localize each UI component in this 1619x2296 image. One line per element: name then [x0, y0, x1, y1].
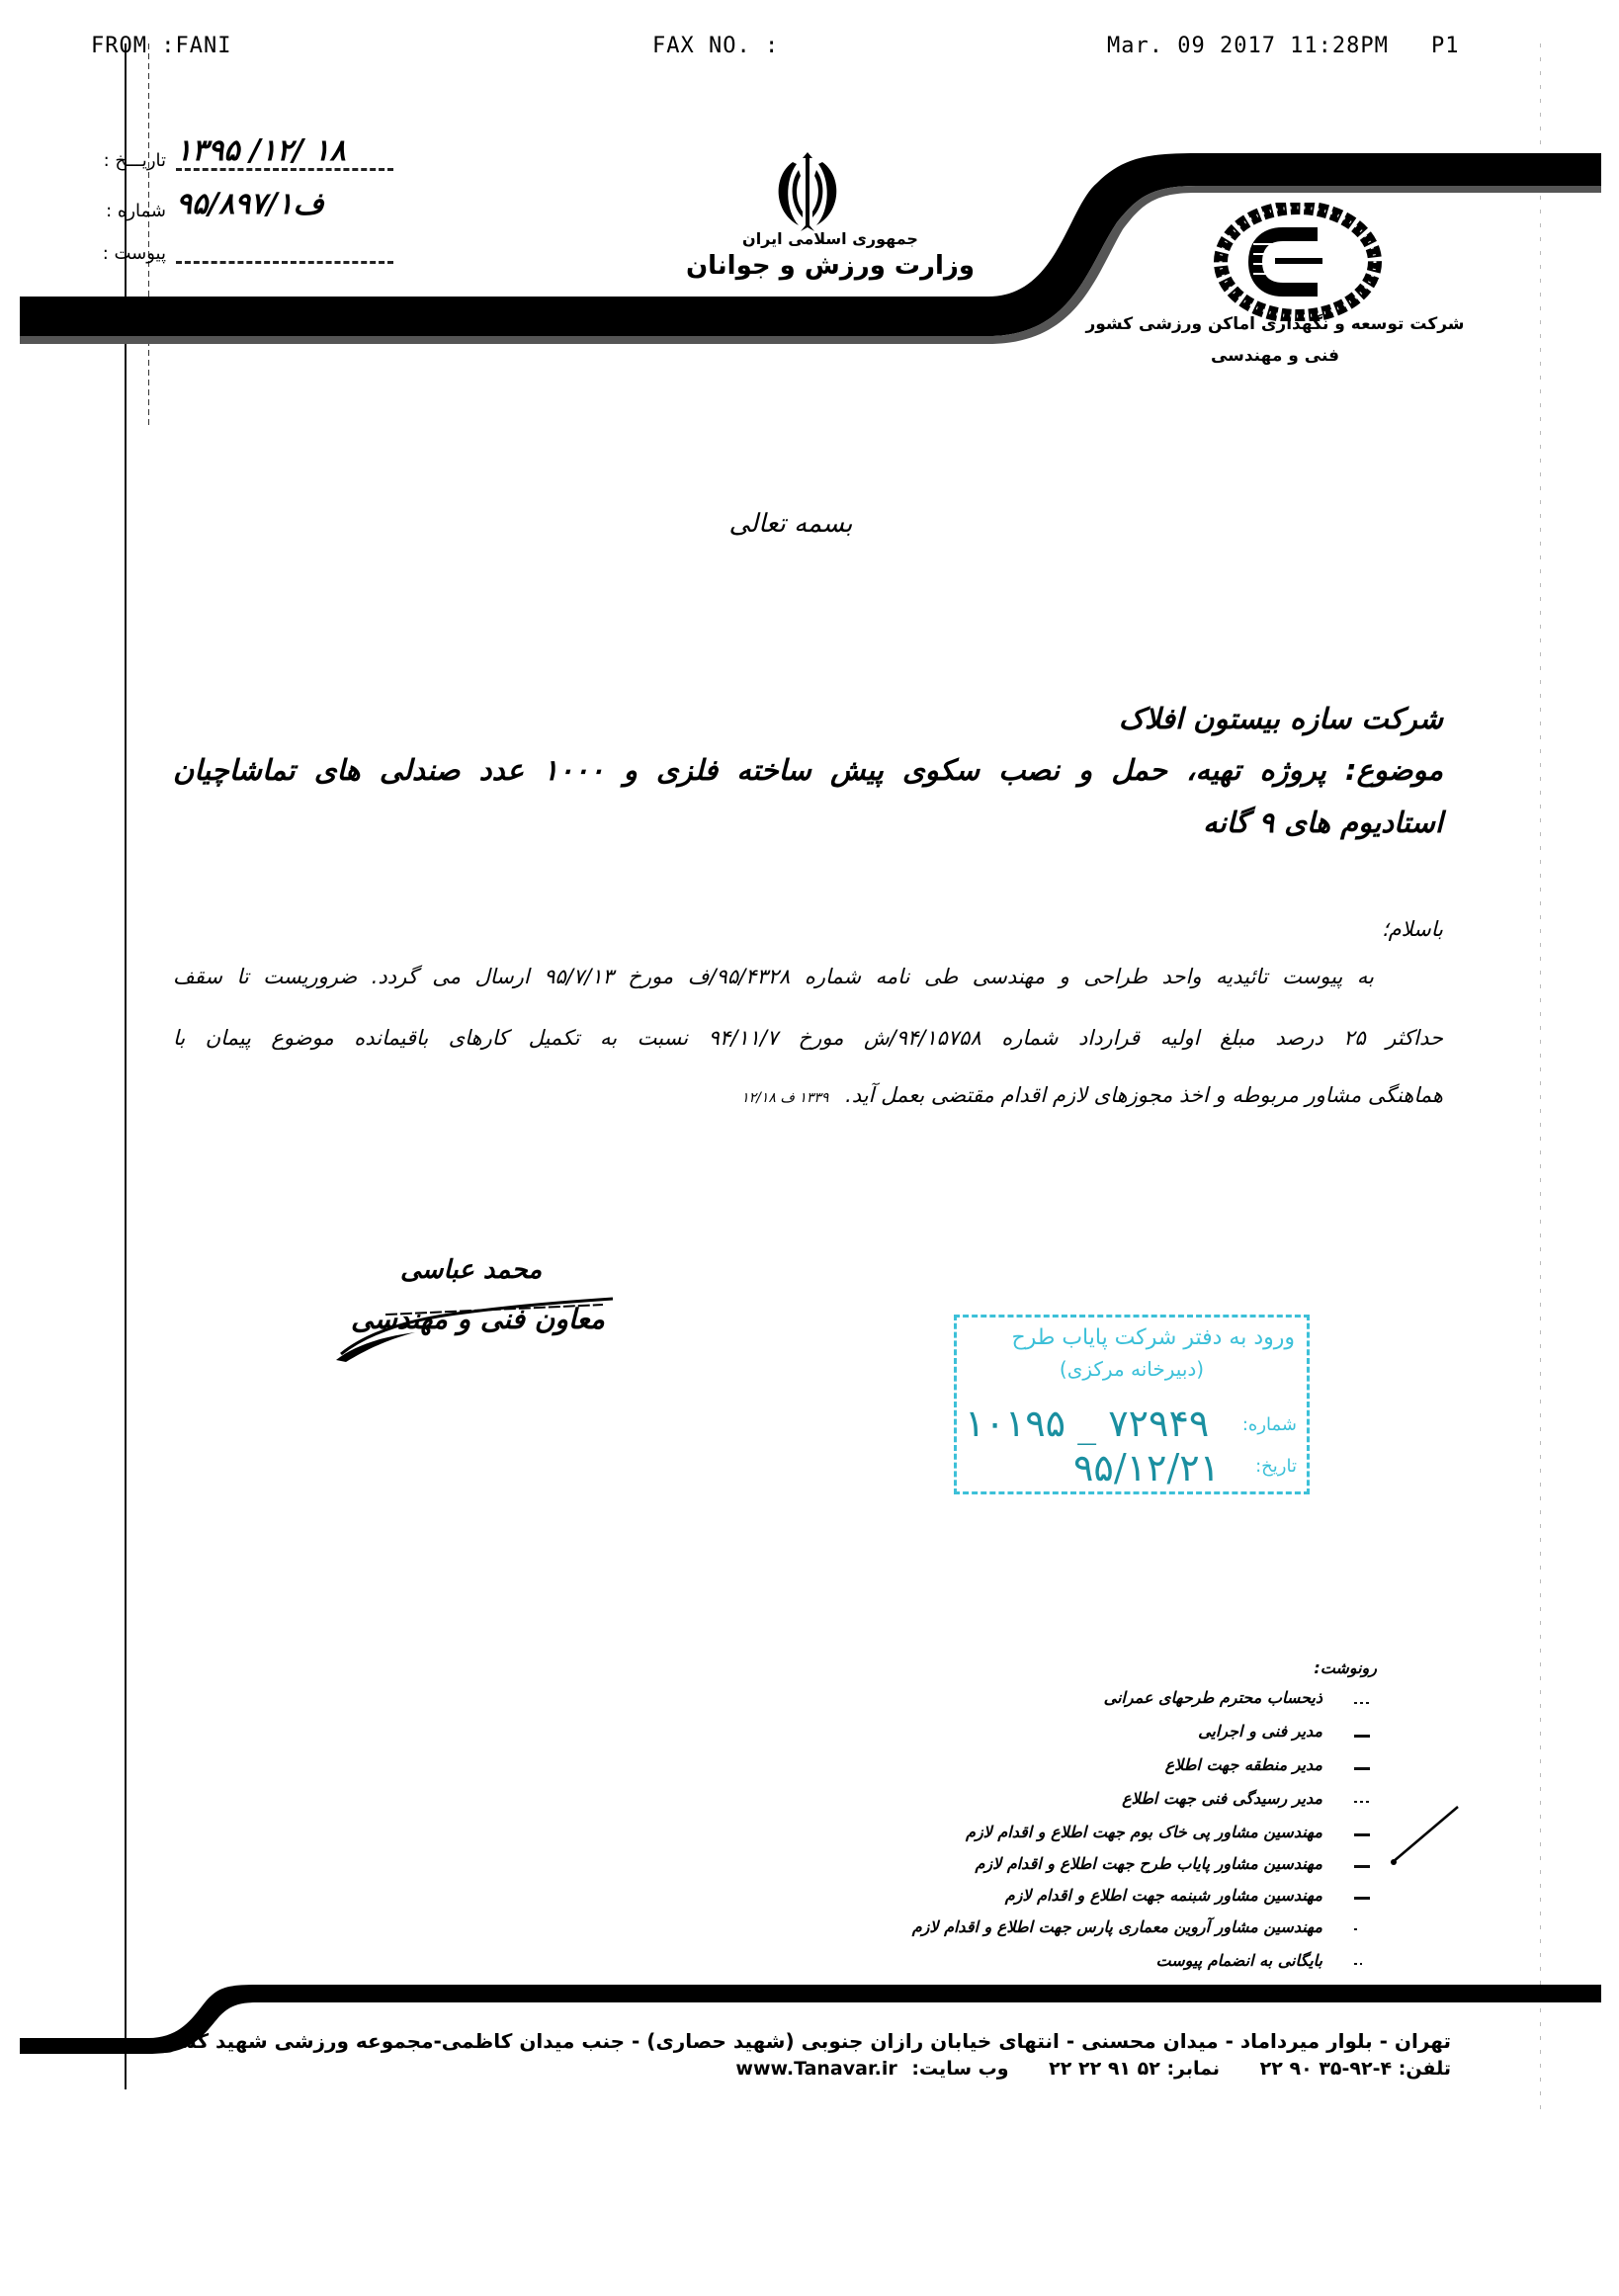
basmala: بسمه تعالی: [692, 509, 890, 539]
body-reference: ۱۳۳۹ ف ۱۲/۱۸: [741, 1090, 828, 1106]
stamp-subtitle: (دبیرخانه مرکزی): [957, 1357, 1307, 1381]
iran-emblem-icon: [763, 148, 852, 237]
number-value: ۹۵/۸۹۷/۱ف: [176, 190, 393, 221]
cc-bullet: [1354, 1865, 1370, 1868]
attachment-value: [176, 241, 393, 264]
footer-fax: نمابر: ۵۲ ۹۱ ۲۲ ۲۲: [1049, 2058, 1220, 2080]
date-value: ۱۳۹۵ /۱۲/ ۱۸: [176, 136, 393, 171]
cc-bullet: [1354, 1702, 1370, 1704]
company-name: شرکت توسعه و نگهداری اماکن ورزشی کشور: [1077, 314, 1473, 334]
signatory-title: معاون فنی و مهندسی: [351, 1303, 605, 1335]
number-label: شماره :: [106, 201, 166, 221]
attachment-label: پیوست :: [103, 243, 166, 264]
ministry-label: وزارت ورزش و جوانان: [682, 251, 979, 281]
cc-bullet: [1354, 1801, 1370, 1803]
footer-address: تهران - بلوار میرداماد - میدان محسنی - ا…: [135, 2029, 1451, 2053]
cc-item: مهندسین مشاور شبنمه جهت اطلاع و اقدام لا…: [1005, 1886, 1322, 1905]
subject-line-1: موضوع: پروژه تهیه، حمل و نصب سکوی پیش سا…: [173, 753, 1443, 787]
cc-item: مدیر منطقه جهت اطلاع: [1165, 1755, 1322, 1774]
subject-line-2: استادیوم های ۹ گانه: [1203, 806, 1443, 839]
cc-bullet: [1354, 1928, 1357, 1930]
cc-item: مهندسین مشاور آروین معماری پارس جهت اطلا…: [912, 1917, 1322, 1936]
body-line-3-text: هماهنگی مشاور مربوطه و اخذ مجوزهای لازم …: [845, 1083, 1443, 1107]
attachment-row: پیوست :: [103, 241, 393, 264]
body-line-3: هماهنگی مشاور مربوطه و اخذ مجوزهای لازم …: [173, 1085, 1443, 1106]
cc-heading: رونوشت:: [1314, 1658, 1377, 1677]
stamp-date-value: ۹۵/۱۲/۲۱: [1073, 1446, 1220, 1489]
date-row: تاریـــخ : ۱۳۹۵ /۱۲/ ۱۸: [104, 136, 393, 171]
footer-contact: تلفن: ۴-۹۲-۳۵ ۹۰ ۲۲ نمابر: ۵۲ ۹۱ ۲۲ ۲۲ و…: [735, 2058, 1451, 2080]
cc-bullet: [1354, 1767, 1370, 1770]
received-stamp: ورود به دفتر شرکت پایاب طرح (دبیرخانه مر…: [954, 1315, 1310, 1494]
footer-phone: تلفن: ۴-۹۲-۳۵ ۹۰ ۲۲: [1260, 2058, 1451, 2080]
stamp-date-label: تاریخ:: [1255, 1456, 1297, 1477]
footer-website-link[interactable]: www.Tanavar.ir: [735, 2058, 896, 2080]
number-row: شماره : ۹۵/۸۹۷/۱ف: [106, 190, 393, 221]
cc-item: مهندسین مشاور پی خاک بوم جهت اطلاع و اقد…: [966, 1823, 1322, 1841]
company-department: فنی و مهندسی: [1147, 346, 1404, 366]
cc-item: مدیر رسیدگی فنی جهت اطلاع: [1122, 1789, 1322, 1808]
cc-bullet: [1354, 1833, 1370, 1836]
checkmark-icon: [1389, 1799, 1463, 1873]
cc-item: مدیر فنی و اجرایی: [1198, 1722, 1322, 1741]
signatory-name: محمد عباسی: [400, 1255, 542, 1285]
date-label: تاریـــخ :: [104, 150, 166, 171]
cc-item: ذیحساب محترم طرحهای عمرانی: [1104, 1688, 1322, 1707]
greeting: باسلام؛: [1382, 917, 1443, 941]
cc-bullet: [1354, 1963, 1362, 1965]
stamp-title: ورود به دفتر شرکت پایاب طرح: [1011, 1325, 1295, 1350]
cc-item: مهندسین مشاور پایاب طرح جهت اطلاع و اقدا…: [975, 1854, 1322, 1873]
cc-item: بایگانی به انضمام پیوست: [1156, 1951, 1323, 1970]
recipient: شرکت سازه بیستون افلاک: [1119, 702, 1443, 735]
body-line-2: حداکثر ۲۵ درصد مبلغ اولیه قرارداد شماره …: [173, 1028, 1443, 1049]
cc-bullet: [1354, 1735, 1370, 1738]
stamp-number-label: شماره:: [1242, 1414, 1297, 1435]
stamp-number-value: ۱۰۱۹۵ _ ۷۲۹۴۹: [965, 1402, 1209, 1445]
cc-bullet: [1354, 1897, 1370, 1900]
body-line-1: به پیوست تائیدیه واحد طراحی و مهندسی طی …: [173, 967, 1443, 987]
footer-website-label: وب سایت:: [911, 2058, 1008, 2080]
company-logo-icon: [1214, 203, 1382, 321]
republic-label: جمهوری اسلامی ایران: [692, 229, 969, 248]
